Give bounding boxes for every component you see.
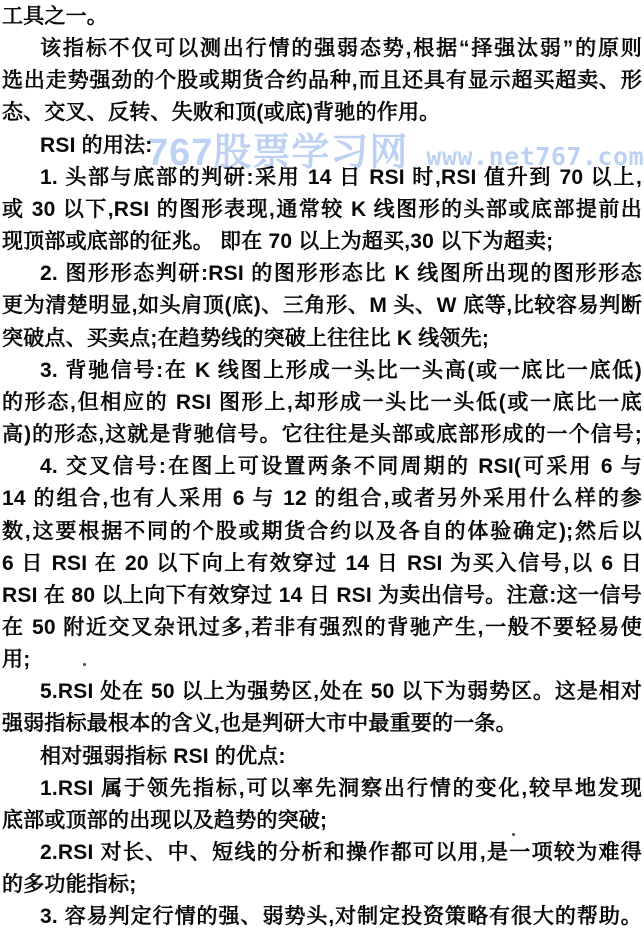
text-line: 突破点、买卖点;在趋势线的突破上往往比 K 线领先; [2, 323, 642, 355]
text-line: 的多功能指标; [2, 869, 642, 901]
text-line: 该指标不仅可以测出行情的强弱态势,根据“择强汰弱”的原则 [2, 33, 642, 65]
text-line: 2.RSI 对长、中、短线的分析和操作都可以用,是一项较为难得 [2, 837, 642, 869]
text-line: 1. 头部与底部的判研:采用 14 日 RSI 时,RSI 值升到 70 以上, [2, 162, 642, 194]
text-line: 2. 图形形态判研:RSI 的图形形态比 K 线图所出现的图形形态 [2, 258, 642, 290]
text-line: 选出走势强劲的个股或期货合约品种,而且还具有显示超买超卖、形 [2, 65, 642, 97]
text-line-advantages-heading: 相对强弱指标 RSI 的优点: [2, 741, 642, 773]
text-line: 态、交叉、反转、失败和顶(或底)背驰的作用。 [2, 97, 642, 129]
scanned-book-page: 767股票学习网 www.net767.com 工具之一。 该指标不仅可以测出行… [0, 0, 644, 934]
text-line: 在 50 附近交叉杂讯过多,若非有强烈的背驰产生,一般不要轻易使 [2, 612, 642, 644]
text-line: 高)的形态,这就是背驰信号。它往往是头部或底部形成的一个信号; [2, 419, 642, 451]
text-line: 强弱指标最根本的含义,也是判研大市中最重要的一条。 [2, 708, 642, 740]
text-line: 工具之一。 [2, 1, 642, 33]
text-line: 现顶部或底部的征兆。 即在 70 以上为超买,30 以下为超卖; [2, 226, 642, 258]
text-line: 14 的组合,也有人采用 6 与 12 的组合,或者另外采用什么样的参 [2, 483, 642, 515]
text-line: 3. 容易判定行情的强、弱势头,对制定投资策略有很大的帮助。 [2, 901, 642, 933]
text-line: 6 日 RSI 在 20 以下向上有效穿过 14 日 RSI 为买入信号,以 6… [2, 548, 642, 580]
page-text: 工具之一。 该指标不仅可以测出行情的强弱态势,根据“择强汰弱”的原则 选出走势强… [0, 0, 644, 934]
text-line: 4. 交叉信号:在图上可设置两条不同周期的 RSI(可采用 6 与 [2, 451, 642, 483]
text-line: 更为清楚明显,如头肩顶(底)、三角形、M 头、W 底等,比较容易判断 [2, 290, 642, 322]
text-line: RSI 在 80 以上向下有效穿过 14 日 RSI 为卖出信号。注意:这一信号 [2, 580, 642, 612]
text-line: 的形态,但相应的 RSI 图形上,却形成一头比一头低(或一底比一底 [2, 387, 642, 419]
text-line: 用; [2, 644, 642, 676]
text-line: 底部或顶部的出现以及趋势的突破; [2, 805, 642, 837]
text-line: 数,这要根据不同的个股或期货合约以及各自的体验确定);然后以 [2, 516, 642, 548]
text-line: 3. 背驰信号:在 K 线图上形成一头比一头高(或一底比一底低) [2, 355, 642, 387]
text-line: 5.RSI 处在 50 以上为强势区,处在 50 以下为弱势区。这是相对 [2, 676, 642, 708]
text-line: 1.RSI 属于领先指标,可以率先洞察出行情的变化,较早地发现 [2, 773, 642, 805]
text-line: 或 30 以下,RSI 的图形表现,通常较 K 线图形的头部或底部提前出 [2, 194, 642, 226]
text-line-usage-heading: RSI 的用法: [2, 130, 642, 162]
